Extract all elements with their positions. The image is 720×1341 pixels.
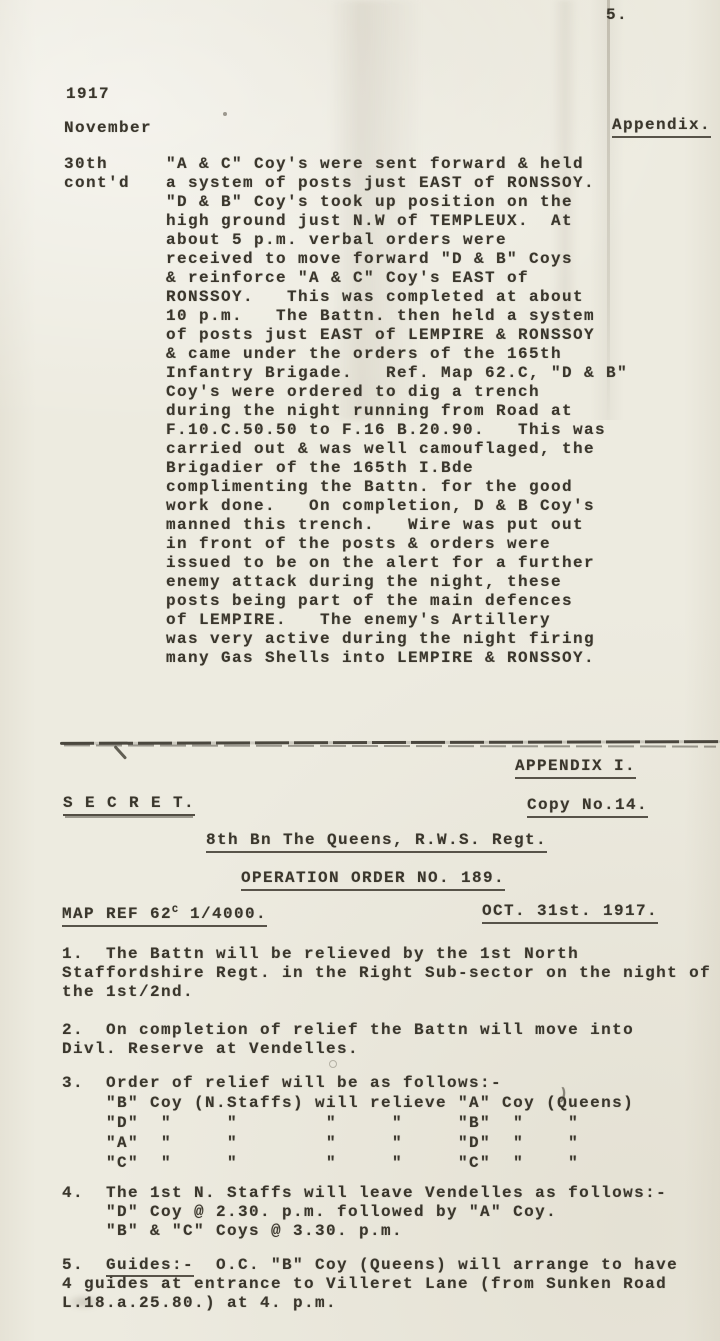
order-item-5: 5. Guides:- O.C. "B" Coy (Queens) will a… xyxy=(62,1256,678,1313)
map-reference: MAP REF 62C 1/4000. xyxy=(62,901,267,927)
order-title: OPERATION ORDER NO. 189. xyxy=(241,869,505,891)
appendix-ref: Appendix. xyxy=(612,116,711,138)
order-item-3-relief-table: 3. Order of relief will be as follows:- … xyxy=(62,1073,634,1173)
pen-mark xyxy=(114,745,127,759)
diary-year: 1917 xyxy=(66,85,110,104)
guides-label: Guides:- xyxy=(106,1256,194,1277)
appendix-title: APPENDIX I. xyxy=(515,757,636,779)
order-date: OCT. 31st. 1917. xyxy=(482,902,658,924)
diary-month: November xyxy=(64,119,152,138)
entry-date-label: 30th cont'd xyxy=(64,155,130,193)
copy-number: Copy No.14. xyxy=(527,796,648,818)
map-ref-sheet-letter: C xyxy=(172,905,179,916)
ink-speck xyxy=(329,1060,337,1068)
order-item-2: 2. On completion of relief the Battn wil… xyxy=(62,1021,634,1059)
item-5-number: 5. xyxy=(62,1256,106,1274)
page-number: 5. xyxy=(606,6,628,25)
map-ref-text: MAP REF 62 xyxy=(62,905,172,923)
map-ref-scale: 1/4000. xyxy=(179,905,267,923)
entry-body: "A & C" Coy's were sent forward & held a… xyxy=(166,155,628,668)
unit-title: 8th Bn The Queens, R.W.S. Regt. xyxy=(206,831,547,853)
divider-line xyxy=(64,744,716,747)
classification-label: S E C R E T. xyxy=(63,794,195,816)
order-item-1: 1. The Battn will be relieved by the 1st… xyxy=(62,945,711,1002)
ink-speck xyxy=(223,112,227,116)
document-page: 5. 1917 November Appendix. 30th cont'd "… xyxy=(0,0,720,1341)
order-item-4: 4. The 1st N. Staffs will leave Vendelle… xyxy=(62,1184,667,1241)
